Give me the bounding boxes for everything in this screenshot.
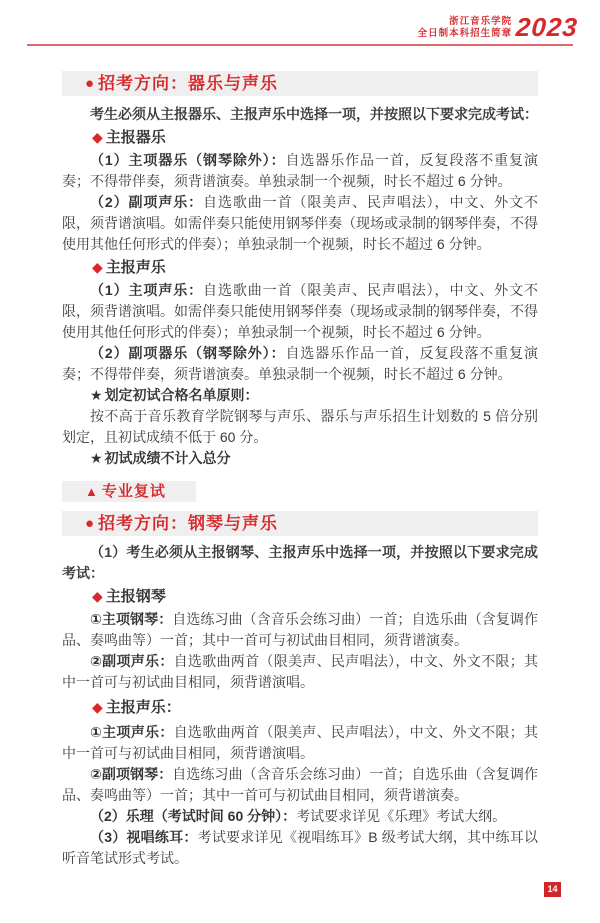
retest-title: 专业复试 xyxy=(102,481,166,502)
para-label: （2）副项声乐： xyxy=(90,194,203,210)
header-divider xyxy=(27,44,573,46)
heading-professional-retest: ▲ 专业复试 xyxy=(62,481,196,502)
para-label: ②副项钢琴： xyxy=(90,766,172,782)
star-icon: ★ xyxy=(90,387,103,403)
diamond-icon: ◆ xyxy=(92,588,103,604)
header-year: 2023 xyxy=(515,12,579,43)
s1-note-shortlist: 按不高于音乐教育学院钢琴与声乐、器乐与声乐招生计划数的 5 倍分别划定，且初试成… xyxy=(62,406,538,448)
header-org-block: 浙江音乐学院 全日制本科招生简章 xyxy=(418,16,513,40)
diamond-icon: ◆ xyxy=(92,129,103,145)
subhead-label: 主报声乐 xyxy=(106,259,166,276)
para-text: 考试要求详见《乐理》考试大纲。 xyxy=(296,808,506,824)
s2-para-music-theory: （2）乐理（考试时间 60 分钟）：考试要求详见《乐理》考试大纲。 xyxy=(62,806,538,827)
para-label: ①主项钢琴： xyxy=(90,611,172,627)
para-label: ①主项声乐： xyxy=(90,724,174,740)
s1-para-main-instrument: （1）主项器乐（钢琴除外）：自选器乐作品一首，反复段落不重复演奏；不得带伴奏，须… xyxy=(62,150,538,192)
para-label: ②副项声乐： xyxy=(90,653,174,669)
page-number-badge: 14 xyxy=(544,882,561,897)
diamond-icon: ◆ xyxy=(92,259,103,275)
triangle-icon: ▲ xyxy=(85,485,98,498)
s1-para-secondary-instrument: （2）副项器乐（钢琴除外）：自选器乐作品一首，反复段落不重复演奏；不得带伴奏，须… xyxy=(62,343,538,385)
para-label: （2）乐理（考试时间 60 分钟）： xyxy=(90,808,296,824)
s1-subhead-main-vocal: ◆主报声乐 xyxy=(62,257,538,278)
diamond-icon: ◆ xyxy=(92,699,103,715)
star-label: 初试成绩不计入总分 xyxy=(105,450,231,466)
page-header: 浙江音乐学院 全日制本科招生简章 2023 xyxy=(418,12,578,43)
para-label: （2）副项器乐（钢琴除外）： xyxy=(90,345,285,361)
document-page: 浙江音乐学院 全日制本科招生简章 2023 ● 招考方向：器乐与声乐 考生必须从… xyxy=(0,0,600,923)
s1-star-shortlist-rule: ★划定初试合格名单原则： xyxy=(62,385,538,406)
star-icon: ★ xyxy=(90,450,103,466)
s1-para-main-vocal: （1）主项声乐：自选歌曲一首（限美声、民声唱法），中文、外文不限，须背谱演唱。如… xyxy=(62,280,538,343)
s2-para-main-piano: ①主项钢琴：自选练习曲（含音乐会练习曲）一首；自选乐曲（含复调作品、奏鸣曲等）一… xyxy=(62,609,538,651)
s2-para-sight-singing: （3）视唱练耳：考试要求详见《视唱练耳》B 级考试大纲，其中练耳以听音笔试形式考… xyxy=(62,827,538,869)
section-title: 招考方向：器乐与声乐 xyxy=(98,73,278,94)
s2-para-main-vocal: ①主项声乐：自选歌曲两首（限美声、民声唱法），中文、外文不限；其中一首可与初试曲… xyxy=(62,722,538,764)
subhead-label: 主报器乐 xyxy=(106,129,166,146)
subhead-label: 主报钢琴 xyxy=(106,588,166,605)
section-title: 招考方向：钢琴与声乐 xyxy=(98,513,278,534)
s2-subhead-main-vocal: ◆主报声乐： xyxy=(62,697,538,718)
subhead-label: 主报声乐： xyxy=(106,699,181,716)
document-body: ● 招考方向：器乐与声乐 考生必须从主报器乐、主报声乐中选择一项，并按照以下要求… xyxy=(62,71,538,869)
s1-intro: 考生必须从主报器乐、主报声乐中选择一项，并按照以下要求完成考试： xyxy=(62,104,538,125)
bullet-dot-icon: ● xyxy=(85,516,94,531)
star-label: 划定初试合格名单原则： xyxy=(105,387,259,403)
s2-intro: （1）考生必须从主报钢琴、主报声乐中选择一项，并按照以下要求完成考试： xyxy=(62,542,538,584)
header-org-line2: 全日制本科招生简章 xyxy=(418,28,513,40)
bullet-dot-icon: ● xyxy=(85,76,94,91)
s2-subhead-main-piano: ◆主报钢琴 xyxy=(62,586,538,607)
s2-para-secondary-vocal: ②副项声乐：自选歌曲两首（限美声、民声唱法），中文、外文不限；其中一首可与初试曲… xyxy=(62,651,538,693)
s1-para-secondary-vocal: （2）副项声乐：自选歌曲一首（限美声、民声唱法），中文、外文不限，须背谱演唱。如… xyxy=(62,192,538,255)
section-heading-piano-vocal: ● 招考方向：钢琴与声乐 xyxy=(62,511,538,536)
header-org-line1: 浙江音乐学院 xyxy=(418,16,513,28)
para-label: （3）视唱练耳： xyxy=(90,829,198,845)
para-label: （1）主项声乐： xyxy=(90,282,203,298)
s2-para-secondary-piano: ②副项钢琴：自选练习曲（含音乐会练习曲）一首；自选乐曲（含复调作品、奏鸣曲等）一… xyxy=(62,764,538,806)
s1-star-score-note: ★初试成绩不计入总分 xyxy=(62,448,538,469)
interlude-row: ▲ 专业复试 xyxy=(62,469,538,502)
section-heading-instrumental-vocal: ● 招考方向：器乐与声乐 xyxy=(62,71,538,96)
para-label: （1）主项器乐（钢琴除外）： xyxy=(90,152,285,168)
s1-subhead-main-instrument: ◆主报器乐 xyxy=(62,127,538,148)
